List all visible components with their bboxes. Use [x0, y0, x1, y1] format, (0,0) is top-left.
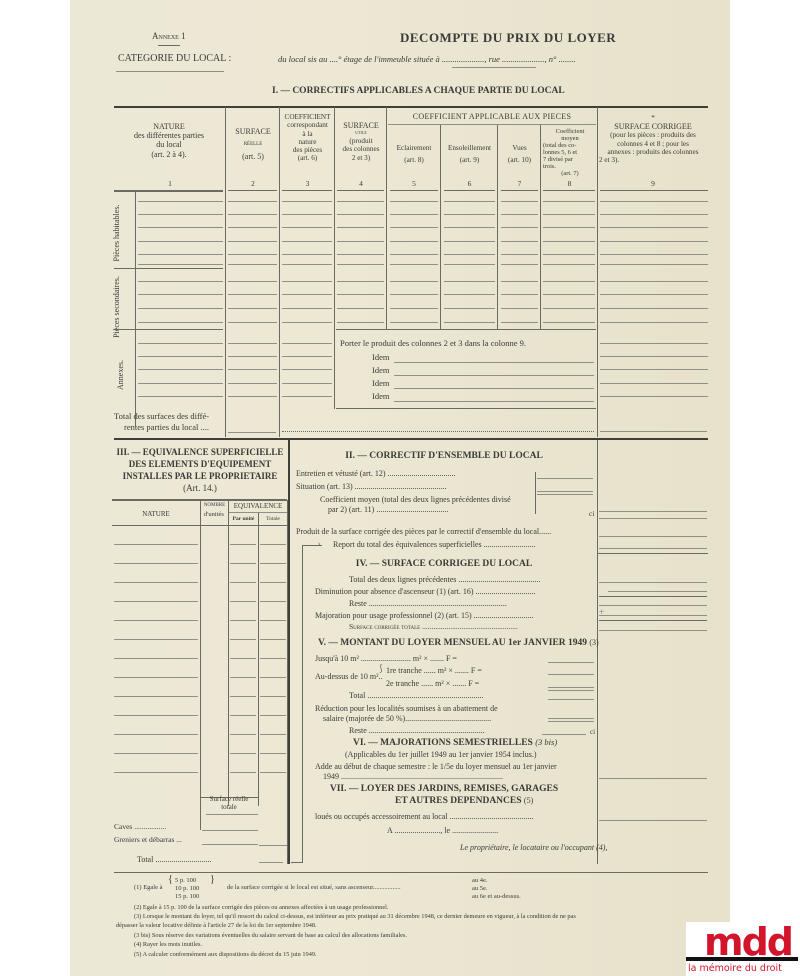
entry-line[interactable] [260, 582, 286, 583]
majoration-rule [599, 620, 707, 621]
header-line: COEFFICIENT [281, 113, 334, 121]
surface-totale-field[interactable] [599, 630, 707, 631]
entry-line[interactable] [228, 322, 277, 323]
entry-line[interactable] [501, 201, 538, 202]
header-line: (art. 5) [227, 152, 279, 161]
entry-line[interactable] [501, 227, 538, 228]
entry-line[interactable] [230, 563, 256, 564]
entry-line[interactable] [390, 264, 438, 265]
entry-line[interactable] [114, 639, 198, 640]
header-line: NATURE [116, 122, 222, 131]
entry-line[interactable] [600, 241, 708, 242]
header-line: Vues [499, 144, 540, 152]
entry-line[interactable] [543, 227, 595, 228]
entry-line[interactable] [230, 582, 256, 583]
produit-field[interactable] [599, 536, 707, 537]
entry-line[interactable] [230, 677, 256, 678]
entry-line[interactable] [138, 201, 223, 202]
col-num: 2 [227, 180, 279, 189]
header-line: nature [281, 138, 334, 146]
divider [452, 67, 536, 68]
section-1-title: I. — CORRECTIFS APPLICABLES A CHAQUE PAR… [272, 86, 565, 97]
col-3-header: COEFFICIENT correspondant à la nature de… [281, 113, 334, 163]
entry-line[interactable] [230, 715, 256, 716]
entry-line[interactable] [600, 214, 708, 215]
section-7-title-text: ET AUTRES DEPENDANCES [395, 796, 522, 806]
entry-line[interactable] [543, 308, 595, 309]
header-line: (art. 9) [442, 156, 497, 164]
section-6-title: VI. — MAJORATIONS SEMESTRIELLES (3 bis) [353, 738, 557, 749]
place-date-line[interactable]: A ......................., le ..........… [387, 826, 498, 835]
col-7-header: Vues (art. 10) [499, 144, 540, 165]
entry-line[interactable] [282, 201, 332, 202]
col-divider [228, 500, 229, 806]
floor: au 6e et au-dessus. [472, 893, 521, 901]
col-divider [225, 107, 226, 437]
col-num: 8 [542, 180, 597, 189]
reste-field[interactable] [599, 605, 707, 606]
entry-line[interactable] [337, 308, 384, 309]
entry-line[interactable] [138, 227, 223, 228]
entry-line[interactable] [600, 254, 708, 255]
entry-line[interactable] [114, 563, 198, 564]
arrow-connector [302, 545, 303, 863]
col-num: 6 [442, 180, 497, 189]
entretien-field[interactable] [537, 478, 593, 479]
entry-line[interactable] [114, 658, 198, 659]
col-num: 4 [336, 180, 386, 189]
entretien-label: Entretien et vétusté (art. 12) .........… [296, 469, 456, 478]
col-num: 3 [281, 180, 334, 189]
coef-field[interactable] [599, 511, 707, 512]
jusqua-label: Jusqu'à 10 m² ......................... … [315, 654, 457, 663]
entry-line[interactable] [228, 396, 277, 397]
entry-line[interactable] [230, 658, 256, 659]
col-divider [440, 124, 441, 329]
entry-line[interactable] [114, 544, 198, 545]
entry-line[interactable] [282, 308, 332, 309]
category-label: CATEGORIE DU LOCAL : [118, 53, 231, 65]
entry-line[interactable] [228, 294, 277, 295]
entry-line[interactable] [282, 281, 332, 282]
header-line: lonnes 5, 6 et [543, 149, 597, 156]
section-3-title: DES ELEMENTS D'EQUIPEMENT [112, 459, 288, 469]
entry-line[interactable] [114, 772, 198, 773]
entry-line[interactable] [138, 308, 223, 309]
header-line: (art. 6) [281, 154, 334, 162]
idem-field[interactable] [394, 388, 594, 389]
report-label: Report du total des équivalences superfi… [333, 540, 536, 549]
entry-line[interactable] [228, 308, 277, 309]
idem-field[interactable] [394, 375, 594, 376]
entry-line[interactable] [444, 322, 495, 323]
entry-line[interactable] [600, 383, 708, 384]
entry-line[interactable] [501, 254, 538, 255]
coef-field [599, 518, 707, 519]
entry-line[interactable] [543, 294, 595, 295]
entry-line[interactable] [444, 308, 495, 309]
address-line: du local sis au ....° étage de l'immeubl… [278, 55, 576, 65]
idem-label: Idem [372, 392, 389, 402]
entry-line[interactable] [138, 396, 223, 397]
entry-line[interactable] [543, 214, 595, 215]
entry-line[interactable] [230, 734, 256, 735]
floor: au 5e. [472, 885, 521, 893]
entry-line[interactable] [230, 696, 256, 697]
section-rule [597, 553, 708, 554]
divider [158, 45, 180, 46]
total-deux-label: Total des deux lignes précédentes ......… [349, 575, 540, 584]
entry-line[interactable] [600, 264, 708, 265]
entry-line[interactable] [337, 214, 384, 215]
footnote-1-options: 5 p. 100 10 p. 100 15 p. 100 [175, 877, 199, 901]
entry-line[interactable] [501, 281, 538, 282]
annexe-label: Annexe 1 [152, 31, 186, 41]
header-line: (total des co- [543, 142, 597, 149]
total-dots [282, 431, 594, 432]
total-field[interactable] [600, 431, 707, 432]
entry-line[interactable] [444, 281, 495, 282]
tranche-2-rule [548, 690, 594, 691]
entry-line[interactable] [282, 383, 332, 384]
diminution-label: Diminution pour absence d'ascenseur (1) … [315, 587, 536, 596]
entry-line[interactable] [337, 322, 384, 323]
entry-line[interactable] [600, 294, 708, 295]
loues-field[interactable] [599, 820, 707, 821]
col-divider [497, 124, 498, 329]
entry-line[interactable] [444, 201, 495, 202]
section-3-title: INSTALLES PAR LE PROPRIETAIRE [112, 471, 288, 481]
tranche-1-field[interactable] [548, 674, 594, 675]
header-line: colonnes 4 et 8 ; pour les [599, 140, 707, 148]
group-separator [114, 329, 223, 330]
entry-line[interactable] [600, 201, 708, 202]
header-line: SURFACE [227, 127, 279, 136]
header-line: 7 divisé par [543, 156, 597, 163]
total-deux-field[interactable] [599, 582, 707, 583]
header-line: des différentes parties [116, 131, 222, 140]
total-field[interactable] [259, 862, 283, 863]
entry-line[interactable] [228, 369, 277, 370]
entry-line[interactable] [230, 639, 256, 640]
header-line: trois. [543, 163, 597, 170]
entry-line[interactable] [138, 214, 223, 215]
entry-line[interactable] [138, 322, 223, 323]
entry-line[interactable] [138, 281, 223, 282]
greniers-total-field[interactable] [259, 845, 287, 846]
entry-line[interactable] [444, 241, 495, 242]
audessus-label: Au-dessus de 10 m².. [315, 672, 383, 681]
entry-line[interactable] [138, 294, 223, 295]
row-group-label: Pièces secondaires. [112, 272, 134, 342]
entry-line[interactable] [260, 620, 286, 621]
reduction-field[interactable] [548, 718, 594, 719]
section-5-title-text: V. — MONTANT DU LOYER MENSUEL AU 1er JAN… [318, 638, 587, 648]
entry-line[interactable] [260, 734, 286, 735]
entry-line[interactable] [260, 677, 286, 678]
entry-line[interactable] [600, 281, 708, 282]
footnote-1-floors: au 4e. au 5e. au 6e et au-dessus. [472, 877, 521, 901]
entry-line[interactable] [230, 544, 256, 545]
entry-line[interactable] [282, 396, 332, 397]
header-line: SURFACE [336, 121, 386, 130]
entry-line[interactable] [114, 715, 198, 716]
jusqua-field[interactable] [548, 662, 594, 663]
header-line: 2 et 3). [599, 156, 707, 164]
entry-line[interactable] [260, 601, 286, 602]
arrow-connector [292, 862, 302, 863]
arrow-right-icon: › [318, 540, 320, 548]
entry-line[interactable] [390, 294, 438, 295]
entry-line[interactable] [282, 343, 332, 344]
footnote-3bis: (3 bis) Sous réserve des variations éven… [134, 932, 407, 939]
header-line: correspondant [281, 121, 334, 129]
majoration-field[interactable] [599, 615, 707, 616]
entry-line[interactable] [230, 620, 256, 621]
header-rule [543, 190, 595, 191]
annex-note-top [336, 329, 596, 330]
entry-line[interactable] [114, 601, 198, 602]
idem-label: Idem [372, 379, 389, 389]
entry-line[interactable] [228, 201, 277, 202]
entry-line[interactable] [260, 772, 286, 773]
entry-line[interactable] [337, 281, 384, 282]
entry-line[interactable] [501, 241, 538, 242]
caves-field[interactable] [202, 830, 258, 831]
entry-line[interactable] [337, 254, 384, 255]
header-rule [444, 190, 495, 191]
report-field[interactable] [599, 548, 707, 549]
entry-line[interactable] [228, 383, 277, 384]
entry-line[interactable] [228, 227, 277, 228]
entry-line[interactable] [390, 322, 438, 323]
entry-line[interactable] [282, 241, 332, 242]
category-field[interactable] [116, 71, 224, 72]
entry-line[interactable] [282, 322, 332, 323]
table-top-border [114, 106, 708, 108]
header-line: (art. 10) [499, 156, 540, 164]
reste-field[interactable] [542, 734, 586, 735]
surface-reelle-header: Surface réelle totale [200, 795, 258, 811]
entry-line[interactable] [543, 201, 595, 202]
entry-line[interactable] [114, 620, 198, 621]
situation-field[interactable] [537, 491, 593, 492]
entry-line[interactable] [444, 264, 495, 265]
entry-line[interactable] [138, 383, 223, 384]
entry-line[interactable] [501, 214, 538, 215]
entry-line[interactable] [138, 264, 223, 265]
section-7-title: VII. — LOYER DES JARDINS, REMISES, GARAG… [294, 784, 594, 795]
entry-line[interactable] [337, 294, 384, 295]
col-9-header: * SURFACE CORRIGEE (pour les pièces : pr… [599, 114, 707, 165]
logo-bar [686, 957, 798, 961]
col-divider [287, 500, 288, 864]
entry-line[interactable] [390, 308, 438, 309]
entry-line[interactable] [260, 696, 286, 697]
header-rule [206, 814, 258, 815]
entry-line[interactable] [138, 369, 223, 370]
entry-line[interactable] [260, 715, 286, 716]
entry-line[interactable] [600, 356, 708, 357]
entry-line[interactable] [600, 322, 708, 323]
diminution-field[interactable] [608, 591, 707, 592]
entry-line[interactable] [337, 201, 384, 202]
entry-line[interactable] [114, 734, 198, 735]
entry-line[interactable] [138, 343, 223, 344]
adde-label: Adde au début de chaque semestre : le 1/… [315, 762, 557, 771]
diminution-rule [599, 596, 707, 597]
adde-field[interactable] [599, 778, 707, 779]
caves-label: Caves ................. [114, 823, 166, 832]
entry-line[interactable] [543, 264, 595, 265]
header-line: utile [336, 130, 386, 137]
total-field[interactable] [228, 432, 276, 433]
entry-line[interactable] [282, 227, 332, 228]
entry-line[interactable] [444, 254, 495, 255]
annex-box-left [334, 329, 335, 409]
col-totale-header: Totale [259, 516, 287, 522]
entry-line[interactable] [501, 264, 538, 265]
header-line: 2 et 3) [336, 154, 386, 162]
entry-line[interactable] [260, 753, 286, 754]
col-equivalence-header: EQUIVALENCE [229, 502, 287, 510]
header-line: (art. 7) [543, 170, 597, 177]
majoration-label: Majoration pour usage professionnel (2) … [315, 611, 534, 620]
total-field[interactable] [548, 699, 594, 700]
entry-line[interactable] [138, 254, 223, 255]
header-line: réelle [227, 140, 279, 147]
header-line: (art. 8) [388, 156, 440, 164]
entry-line[interactable] [390, 281, 438, 282]
entry-line[interactable] [390, 241, 438, 242]
entry-line[interactable] [390, 227, 438, 228]
header-rule [228, 190, 277, 191]
entry-line[interactable] [600, 369, 708, 370]
entry-line[interactable] [282, 264, 332, 265]
col-par-unite-header: Par unité [229, 516, 258, 522]
entry-line[interactable] [282, 294, 332, 295]
entry-line[interactable] [228, 254, 277, 255]
loues-label: loués ou occupés accessoirement au local… [315, 812, 534, 821]
idem-field[interactable] [394, 362, 594, 363]
col-5-header: Eclairement (art. 8) [388, 144, 440, 165]
section-6-subtitle: (Applicables du 1er juillet 1949 au 1er … [345, 750, 537, 759]
entry-line[interactable] [230, 753, 256, 754]
entry-line[interactable] [114, 582, 198, 583]
entry-line[interactable] [282, 369, 332, 370]
section-3-title: III. — EQUIVALENCE SUPERFICIELLE [112, 447, 288, 457]
entry-line[interactable] [260, 658, 286, 659]
group-header: COEFFICIENT APPLICABLE AUX PIECES [388, 112, 596, 121]
entry-line[interactable] [138, 356, 223, 357]
entry-line[interactable] [390, 214, 438, 215]
header-line: moyen [543, 135, 597, 142]
entry-line[interactable] [337, 227, 384, 228]
entry-line[interactable] [543, 322, 595, 323]
header-rule [390, 190, 438, 191]
reste-label: Reste ..................................… [349, 726, 485, 735]
col-num: 1 [116, 180, 224, 189]
row-group-label: Pièces habitables. [112, 198, 134, 268]
entry-line[interactable] [600, 227, 708, 228]
coef-moyen-label: Coefficient moyen (total des deux lignes… [320, 495, 511, 504]
entry-line[interactable] [444, 214, 495, 215]
annex-note-bottom [336, 408, 596, 409]
entry-line[interactable] [501, 294, 538, 295]
tranche-2-label: 2e tranche ...... m² × ....... F = [386, 679, 479, 688]
header-rule [114, 190, 223, 192]
entry-line[interactable] [282, 254, 332, 255]
col-8-header: Coefficient moyen (total des co- lonnes … [543, 128, 597, 177]
entry-line[interactable] [228, 356, 277, 357]
section-2-title: II. — CORRECTIF D'ENSEMBLE DU LOCAL [294, 451, 594, 462]
footnote-ref: (3) [589, 638, 598, 647]
header-line: des colonnes [336, 145, 386, 153]
tranche-2-field[interactable] [548, 687, 594, 688]
header-line: annexes : produits des colonnes [599, 148, 707, 156]
entry-line[interactable] [543, 254, 595, 255]
entry-line[interactable] [114, 677, 198, 678]
header-line: à la [281, 130, 334, 138]
col-divider [597, 440, 598, 864]
header-rule [229, 512, 287, 513]
entry-line[interactable] [501, 322, 538, 323]
col-nature-header: NATURE [112, 510, 200, 518]
entry-line[interactable] [228, 214, 277, 215]
entry-line[interactable] [543, 241, 595, 242]
entry-line[interactable] [228, 343, 277, 344]
section-3-ref: (Art. 14.) [112, 483, 288, 493]
idem-field[interactable] [394, 401, 594, 402]
entry-line[interactable] [600, 343, 708, 344]
header-line: Ensoleillement [442, 144, 497, 152]
entry-line[interactable] [114, 753, 198, 754]
entry-line[interactable] [230, 601, 256, 602]
entry-line[interactable] [501, 308, 538, 309]
entry-line[interactable] [228, 264, 277, 265]
entry-line[interactable] [228, 241, 277, 242]
logo-tagline: la mémoire du droit [688, 963, 782, 974]
entry-line[interactable] [114, 696, 198, 697]
entry-line[interactable] [138, 241, 223, 242]
header-line: des pièces [281, 146, 334, 154]
entry-line[interactable] [260, 544, 286, 545]
entry-line[interactable] [390, 254, 438, 255]
col-nombre-header: NOMBRE [201, 503, 228, 509]
header-line: SURFACE CORRIGEE [599, 122, 707, 131]
entry-line[interactable] [600, 396, 708, 397]
section-5-title: V. — MONTANT DU LOYER MENSUEL AU 1er JAN… [318, 638, 599, 649]
entry-line[interactable] [282, 214, 332, 215]
entry-line[interactable] [390, 201, 438, 202]
entry-line[interactable] [230, 772, 256, 773]
entry-line[interactable] [337, 241, 384, 242]
entry-line[interactable] [543, 281, 595, 282]
entry-line[interactable] [260, 639, 286, 640]
entry-line[interactable] [282, 356, 332, 357]
header-line: Surface réelle [200, 795, 258, 803]
footnote-3: dépasser la valeur locative définie à l'… [116, 922, 317, 929]
entry-line[interactable] [260, 563, 286, 564]
greniers-field[interactable] [202, 844, 258, 845]
entry-line[interactable] [600, 308, 708, 309]
col-2-header: SURFACE réelle (art. 5) [227, 127, 279, 161]
entry-line[interactable] [337, 264, 384, 265]
entry-line[interactable] [228, 281, 277, 282]
entry-line[interactable] [444, 294, 495, 295]
entry-line[interactable] [444, 227, 495, 228]
reste-label: Reste ..................................… [349, 599, 507, 608]
